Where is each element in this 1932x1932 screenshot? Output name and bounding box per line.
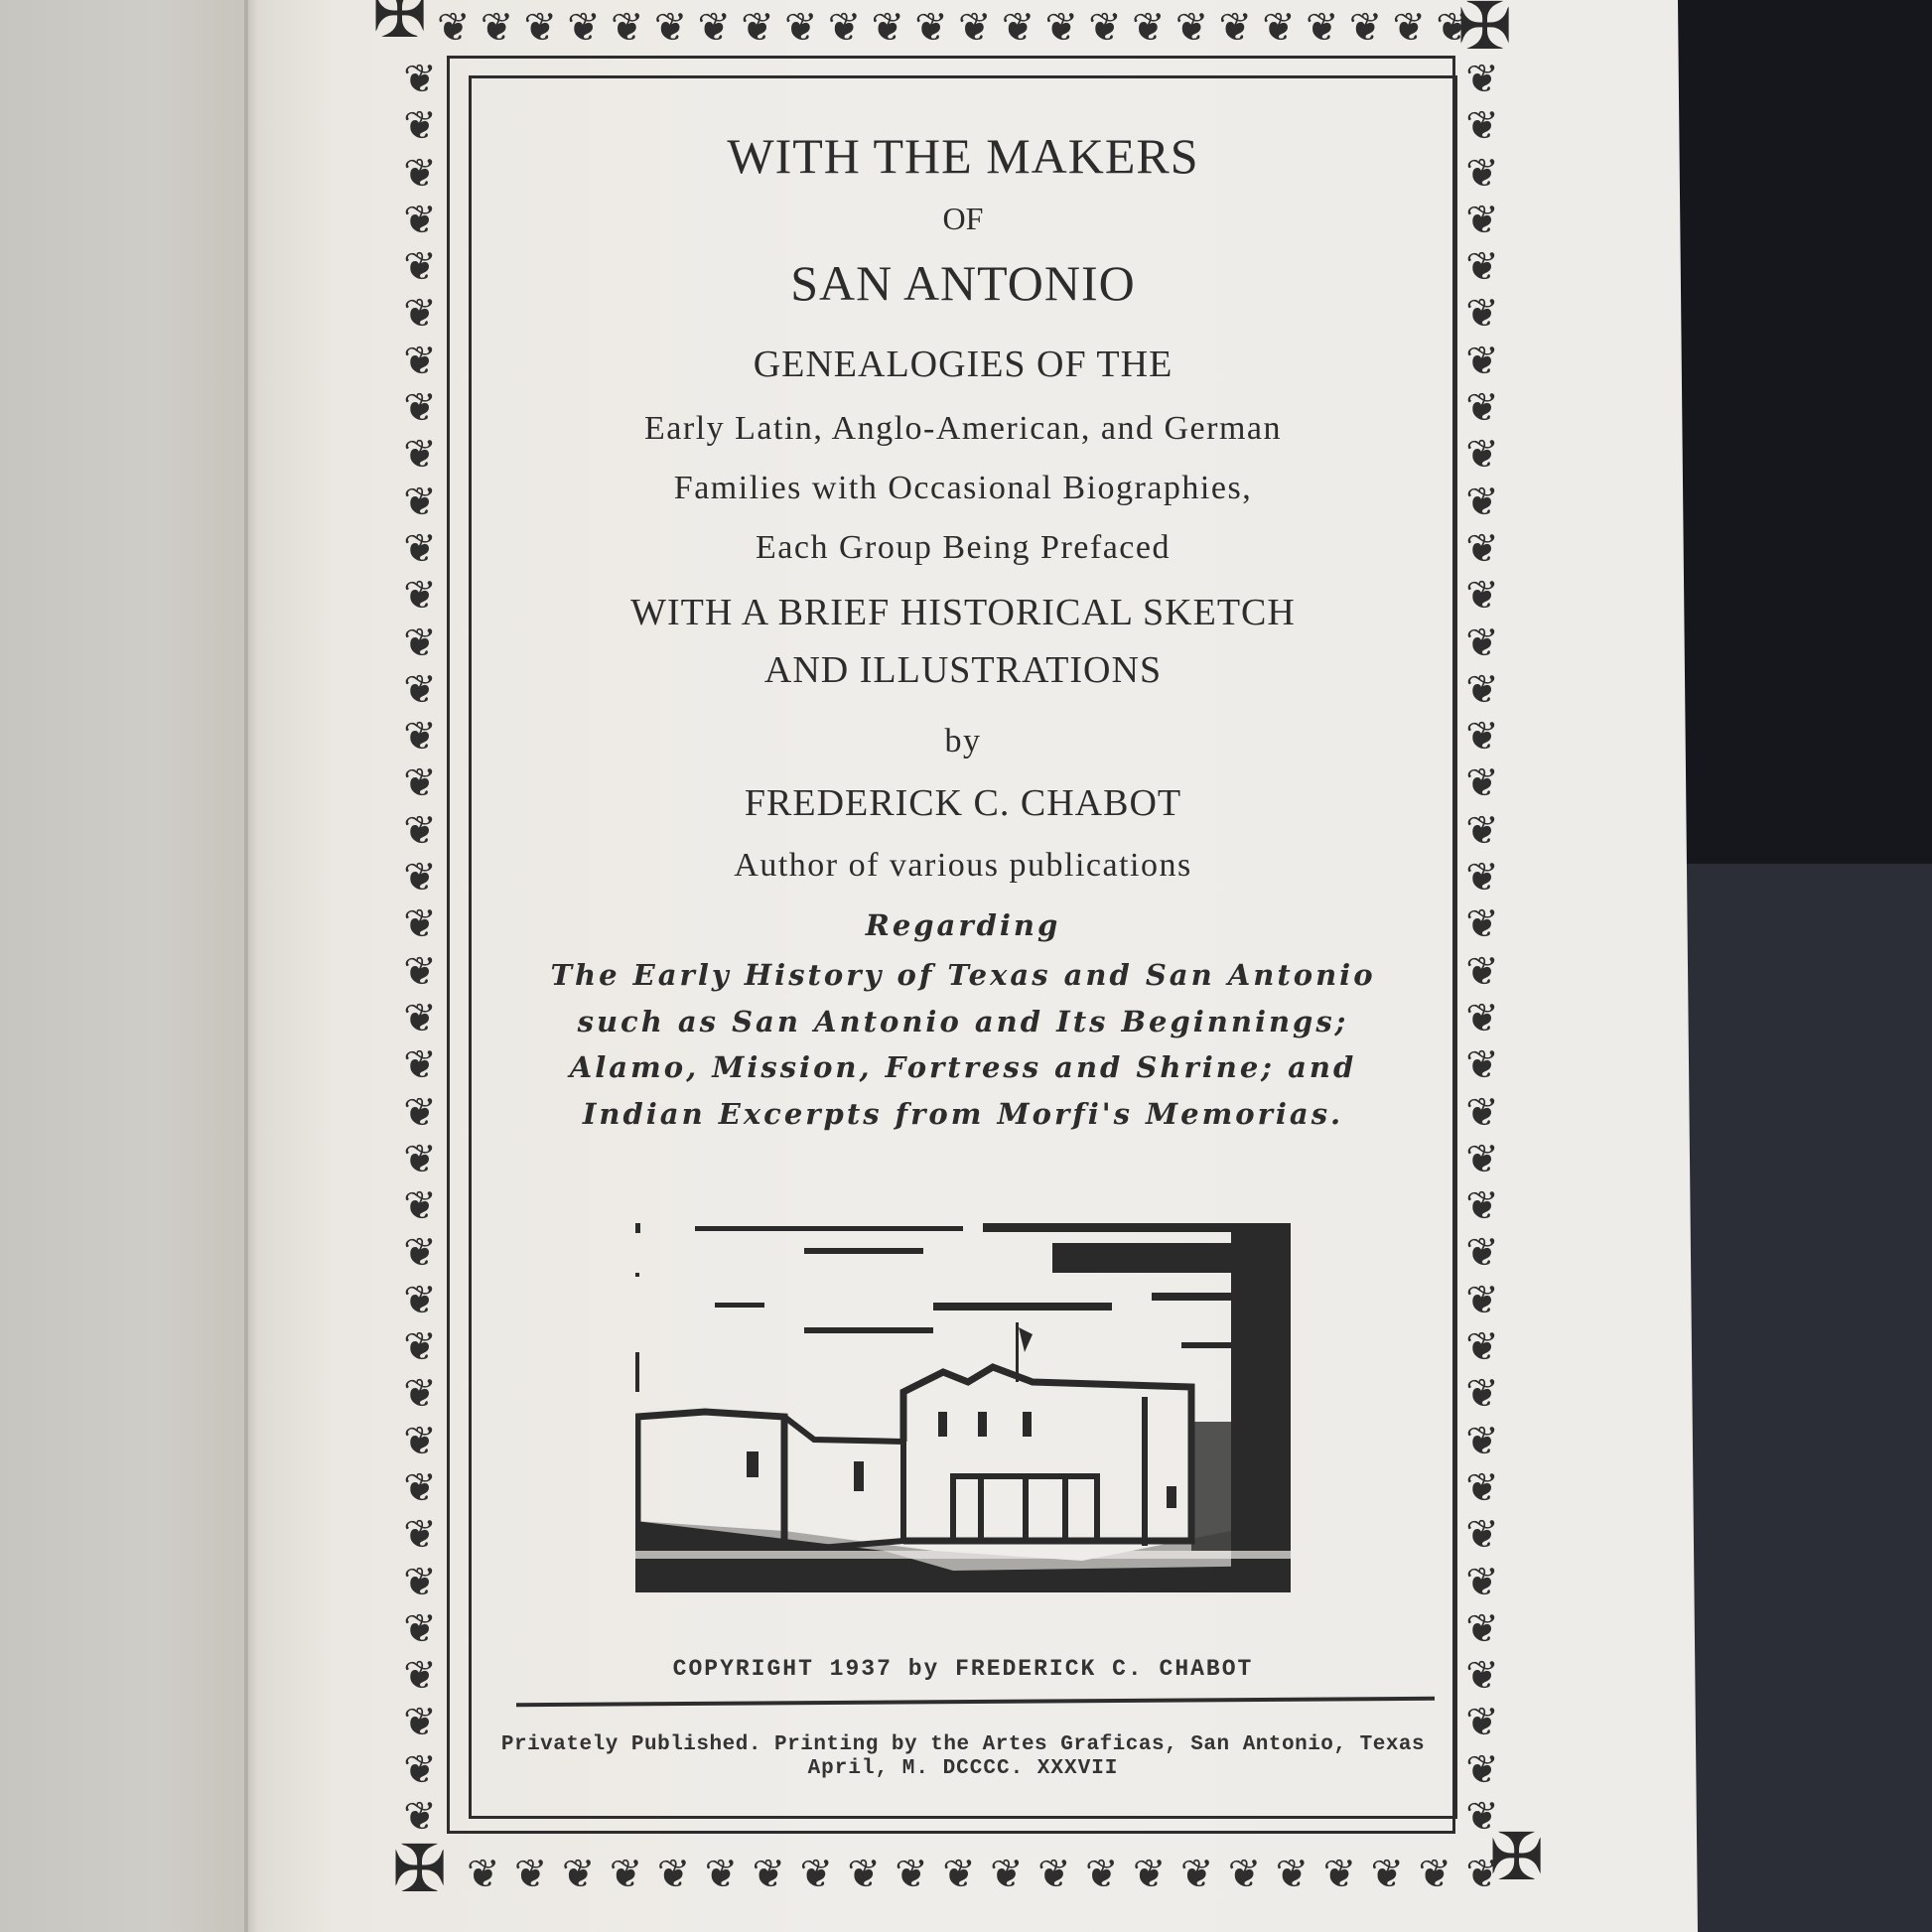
fleuron-ornament-icon: ❦: [1088, 8, 1122, 48]
fleuron-ornament-icon: ❦: [1465, 1656, 1499, 1696]
fleuron-ornament-icon: ❦: [1465, 1855, 1499, 1894]
fleuron-ornament-icon: ❦: [403, 1515, 437, 1555]
fleuron-ornament-icon: ❦: [990, 1855, 1024, 1894]
ornamental-border-left: ❦❦❦❦❦❦❦❦❦❦❦❦❦❦❦❦❦❦❦❦❦❦❦❦❦❦❦❦❦❦❦❦❦❦❦❦❦❦: [395, 60, 445, 1837]
publication-line: Alamo, Mission, Fortress and Shrine; and: [472, 1050, 1454, 1084]
fleuron-ornament-icon: ❦: [1349, 8, 1383, 48]
fleuron-ornament-icon: ❦: [895, 1855, 928, 1894]
fleuron-ornament-icon: ❦: [1465, 247, 1499, 287]
regarding-label: Regarding: [472, 908, 1454, 942]
imprint-line: April, M. DCCCC. XXXVII: [472, 1757, 1454, 1780]
fleuron-ornament-icon: ❦: [403, 858, 437, 897]
fleuron-ornament-icon: ❦: [847, 1855, 881, 1894]
sketch-line: AND ILLUSTRATIONS: [472, 648, 1454, 692]
fleuron-ornament-icon: ❦: [1465, 388, 1499, 428]
title-line-2: OF: [472, 201, 1454, 237]
fleuron-ornament-icon: ❦: [481, 8, 514, 48]
fleuron-ornament-icon: ❦: [1436, 8, 1469, 48]
fleuron-ornament-icon: ❦: [1371, 1855, 1405, 1894]
fleuron-ornament-icon: ❦: [1465, 1468, 1499, 1508]
fleuron-ornament-icon: ❦: [403, 670, 437, 710]
alamo-illustration: [635, 1223, 1291, 1592]
fleuron-ornament-icon: ❦: [1465, 999, 1499, 1038]
fleuron-ornament-icon: ❦: [403, 1093, 437, 1133]
fleuron-ornament-icon: ❦: [403, 1281, 437, 1320]
fleuron-ornament-icon: ❦: [1465, 294, 1499, 334]
fleuron-ornament-icon: ❦: [514, 1855, 548, 1894]
imprint-line: Privately Published. Printing by the Art…: [472, 1733, 1454, 1756]
fleuron-ornament-icon: ❦: [403, 1750, 437, 1790]
ornamental-border-bottom: ❦❦❦❦❦❦❦❦❦❦❦❦❦❦❦❦❦❦❦❦❦❦: [467, 1845, 1499, 1904]
fleuron-ornament-icon: ❦: [1465, 60, 1499, 99]
fleuron-ornament-icon: ❦: [1037, 1855, 1071, 1894]
fleuron-ornament-icon: ❦: [610, 1855, 643, 1894]
fleuron-ornament-icon: ❦: [403, 1374, 437, 1414]
fleuron-ornament-icon: ❦: [1465, 201, 1499, 240]
fleuron-ornament-icon: ❦: [403, 717, 437, 757]
fleuron-ornament-icon: ❦: [1045, 8, 1079, 48]
fleuron-ornament-icon: ❦: [403, 435, 437, 475]
author-name: FREDERICK C. CHABOT: [472, 781, 1454, 825]
fleuron-ornament-icon: ❦: [403, 1468, 437, 1508]
fleuron-ornament-icon: ❦: [403, 1045, 437, 1085]
fleuron-ornament-icon: ❦: [611, 8, 644, 48]
fleuron-ornament-icon: ❦: [828, 8, 862, 48]
fleuron-ornament-icon: ❦: [872, 8, 905, 48]
fleuron-ornament-icon: ❦: [403, 576, 437, 616]
fleuron-ornament-icon: ❦: [1465, 1281, 1499, 1320]
title-line-1: WITH THE MAKERS: [472, 127, 1454, 185]
left-blank-page: [0, 0, 260, 1932]
fleuron-ornament-icon: ❦: [1132, 8, 1166, 48]
fleuron-ornament-icon: ❦: [403, 294, 437, 334]
fleuron-ornament-icon: ❦: [1465, 1797, 1499, 1837]
fleuron-ornament-icon: ❦: [403, 154, 437, 194]
publication-line: such as San Antonio and Its Beginnings;: [472, 1005, 1454, 1038]
ornamental-border-right: ❦❦❦❦❦❦❦❦❦❦❦❦❦❦❦❦❦❦❦❦❦❦❦❦❦❦❦❦❦❦❦❦❦❦❦❦❦❦: [1457, 60, 1507, 1837]
fleuron-ornament-icon: ❦: [467, 1855, 500, 1894]
fleuron-ornament-icon: ❦: [1465, 1045, 1499, 1085]
fleuron-ornament-icon: ❦: [1465, 154, 1499, 194]
fleuron-ornament-icon: ❦: [1465, 1140, 1499, 1179]
fleuron-ornament-icon: ❦: [403, 763, 437, 803]
fleuron-ornament-icon: ❦: [567, 8, 601, 48]
fleuron-ornament-icon: ❦: [1228, 1855, 1262, 1894]
fleuron-ornament-icon: ❦: [524, 8, 558, 48]
fleuron-ornament-icon: ❦: [403, 342, 437, 381]
fleuron-ornament-icon: ❦: [1465, 717, 1499, 757]
fleuron-ornament-icon: ❦: [1002, 8, 1035, 48]
description-line: Families with Occasional Biographies,: [472, 470, 1454, 507]
fleuron-ornament-icon: ❦: [403, 811, 437, 851]
fleuron-ornament-icon: ❦: [1323, 1855, 1357, 1894]
fleuron-ornament-icon: ❦: [1465, 1515, 1499, 1555]
fleuron-ornament-icon: ❦: [1465, 1327, 1499, 1367]
fleuron-ornament-icon: ❦: [914, 8, 948, 48]
fleuron-ornament-icon: ❦: [403, 1140, 437, 1179]
fleuron-ornament-icon: ❦: [1465, 1703, 1499, 1742]
fleuron-ornament-icon: ❦: [562, 1855, 596, 1894]
by-line: by: [472, 723, 1454, 760]
fleuron-ornament-icon: ❦: [698, 8, 732, 48]
title-line-3: SAN ANTONIO: [472, 254, 1454, 312]
fleuron-ornament-icon: ❦: [403, 1422, 437, 1461]
fleuron-ornament-icon: ❦: [1465, 1374, 1499, 1414]
fleuron-ornament-icon: ❦: [753, 1855, 786, 1894]
fleuron-ornament-icon: ❦: [1465, 106, 1499, 146]
fleuron-ornament-icon: ❦: [1465, 858, 1499, 897]
fleuron-ornament-icon: ❦: [1465, 1422, 1499, 1461]
fleuron-ornament-icon: ❦: [403, 1609, 437, 1649]
fleuron-ornament-icon: ❦: [799, 1855, 833, 1894]
fleuron-ornament-icon: ❦: [1465, 1609, 1499, 1649]
fleuron-ornament-icon: ❦: [705, 1855, 739, 1894]
fleuron-ornament-icon: ❦: [1465, 952, 1499, 992]
fleuron-ornament-icon: ❦: [1465, 904, 1499, 944]
fleuron-ornament-icon: ❦: [784, 8, 818, 48]
fleuron-ornament-icon: ❦: [1465, 435, 1499, 475]
fleuron-ornament-icon: ❦: [403, 1233, 437, 1273]
fleuron-ornament-icon: ❦: [1465, 623, 1499, 663]
fleuron-ornament-icon: ❦: [1175, 8, 1209, 48]
fleuron-ornament-icon: ❦: [1465, 342, 1499, 381]
copyright-line: COPYRIGHT 1937 by FREDERICK C. CHABOT: [472, 1656, 1454, 1682]
fleuron-ornament-icon: ❦: [403, 60, 437, 99]
fleuron-ornament-icon: ❦: [1465, 576, 1499, 616]
fleuron-ornament-icon: ❦: [942, 1855, 976, 1894]
fleuron-ornament-icon: ❦: [403, 1186, 437, 1226]
book-gutter: [244, 0, 258, 1932]
background-dark: [1678, 0, 1932, 864]
background-surface: [1678, 864, 1932, 1932]
fleuron-ornament-icon: ❦: [1465, 1093, 1499, 1133]
fleuron-ornament-icon: ❦: [403, 529, 437, 569]
fleuron-ornament-icon: ❦: [1465, 483, 1499, 522]
fleuron-ornament-icon: ❦: [1276, 1855, 1310, 1894]
publication-line: The Early History of Texas and San Anton…: [472, 958, 1454, 992]
subtitle: GENEALOGIES OF THE: [472, 343, 1454, 386]
fleuron-ornament-icon: ❦: [654, 8, 688, 48]
fleuron-ornament-icon: ❦: [657, 1855, 691, 1894]
corner-cross-icon: ✠: [372, 0, 427, 48]
fleuron-ornament-icon: ❦: [741, 8, 774, 48]
fleuron-ornament-icon: ❦: [403, 483, 437, 522]
description-line: Each Group Being Prefaced: [472, 529, 1454, 567]
fleuron-ornament-icon: ❦: [1085, 1855, 1119, 1894]
fleuron-ornament-icon: ❦: [1418, 1855, 1451, 1894]
fleuron-ornament-icon: ❦: [1465, 763, 1499, 803]
fleuron-ornament-icon: ❦: [1262, 8, 1296, 48]
fleuron-ornament-icon: ❦: [1465, 529, 1499, 569]
author-note: Author of various publications: [472, 847, 1454, 885]
fleuron-ornament-icon: ❦: [403, 201, 437, 240]
corner-cross-icon: ✠: [392, 1837, 447, 1902]
fleuron-ornament-icon: ❦: [1465, 1750, 1499, 1790]
fleuron-ornament-icon: ❦: [1393, 8, 1427, 48]
fleuron-ornament-icon: ❦: [403, 106, 437, 146]
fleuron-ornament-icon: ❦: [403, 623, 437, 663]
fleuron-ornament-icon: ❦: [1465, 1186, 1499, 1226]
fleuron-ornament-icon: ❦: [403, 1563, 437, 1602]
fleuron-ornament-icon: ❦: [403, 1703, 437, 1742]
fleuron-ornament-icon: ❦: [403, 999, 437, 1038]
fleuron-ornament-icon: ❦: [958, 8, 992, 48]
fleuron-ornament-icon: ❦: [1465, 811, 1499, 851]
sketch-line: WITH A BRIEF HISTORICAL SKETCH: [472, 591, 1454, 634]
fleuron-ornament-icon: ❦: [403, 1327, 437, 1367]
fleuron-ornament-icon: ❦: [403, 1797, 437, 1837]
fleuron-ornament-icon: ❦: [1465, 670, 1499, 710]
fleuron-ornament-icon: ❦: [437, 8, 471, 48]
fleuron-ornament-icon: ❦: [403, 952, 437, 992]
fleuron-ornament-icon: ❦: [1180, 1855, 1214, 1894]
fleuron-ornament-icon: ❦: [1306, 8, 1339, 48]
ornamental-border-top: ❦❦❦❦❦❦❦❦❦❦❦❦❦❦❦❦❦❦❦❦❦❦❦❦: [437, 2, 1469, 54]
fleuron-ornament-icon: ❦: [1465, 1563, 1499, 1602]
fleuron-ornament-icon: ❦: [1219, 8, 1253, 48]
description-line: Early Latin, Anglo-American, and German: [472, 410, 1454, 448]
fleuron-ornament-icon: ❦: [403, 388, 437, 428]
fleuron-ornament-icon: ❦: [1465, 1233, 1499, 1273]
fleuron-ornament-icon: ❦: [403, 247, 437, 287]
fleuron-ornament-icon: ❦: [403, 1656, 437, 1696]
fleuron-ornament-icon: ❦: [1133, 1855, 1167, 1894]
fleuron-ornament-icon: ❦: [403, 904, 437, 944]
publication-line: Indian Excerpts from Morfi's Memorias.: [472, 1097, 1454, 1131]
